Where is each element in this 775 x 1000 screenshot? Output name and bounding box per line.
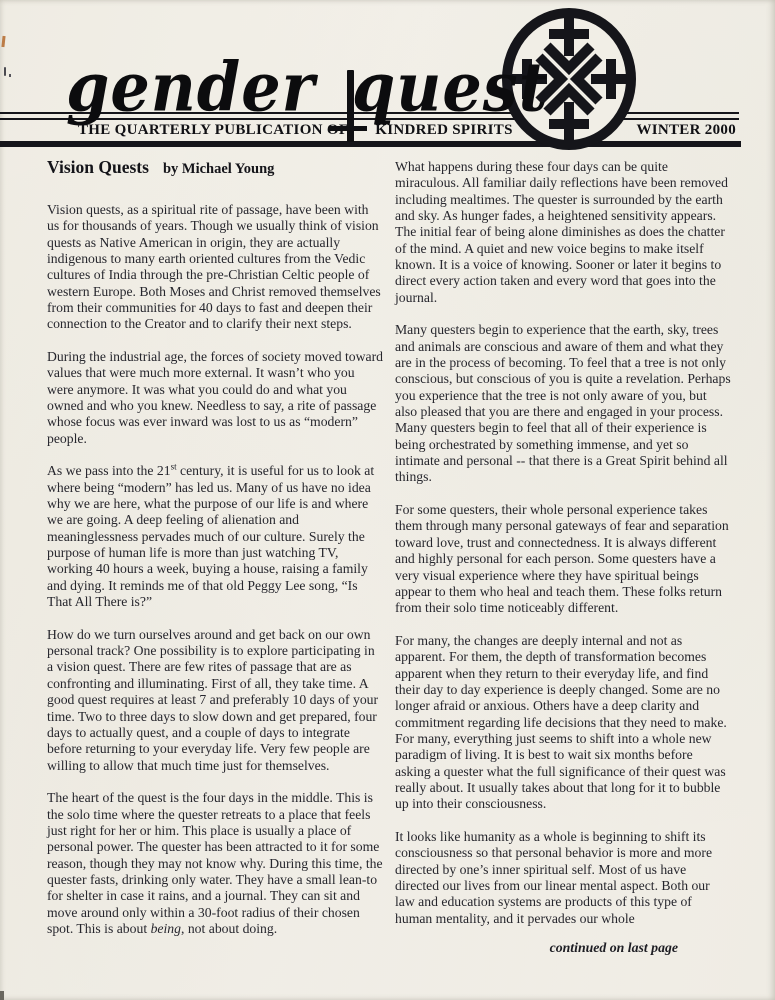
paragraph: For some questers, their whole personal … [395, 502, 731, 616]
paragraph: It looks like humanity as a whole is beg… [395, 829, 731, 927]
column-1-paragraphs: Vision quests, as a spiritual rite of pa… [47, 202, 383, 937]
article-body: Vision Questsby Michael Young Vision que… [47, 155, 731, 956]
paragraph: How do we turn ourselves around and get … [47, 627, 383, 774]
issue-date: WINTER 2000 [636, 122, 736, 139]
scan-artifact-speck [9, 74, 11, 77]
paragraph: The heart of the quest is the four days … [47, 790, 383, 937]
paragraph: What happens during these four days can … [395, 159, 731, 306]
title-q-descender [347, 70, 354, 142]
scan-artifact-speck [4, 67, 6, 76]
newsletter-title: gender quest [66, 48, 548, 127]
publication-line-text: THE QUARTERLY PUBLICATION OF [78, 122, 348, 139]
article-column-2: What happens during these four days can … [395, 155, 731, 956]
article-title: Vision Quests [47, 157, 149, 177]
paragraph: Vision quests, as a spiritual rite of pa… [47, 202, 383, 333]
article-column-1: Vision Questsby Michael Young Vision que… [47, 155, 383, 956]
paragraph: Many questers begin to experience that t… [395, 322, 731, 485]
article-byline: by Michael Young [163, 161, 274, 177]
scan-artifact-corner [0, 991, 4, 1000]
title-q-descender-crossbar [330, 126, 367, 131]
paragraph: For many, the changes are deeply interna… [395, 633, 731, 813]
paragraph: During the industrial age, the forces of… [47, 349, 383, 447]
continued-note: continued on last page [395, 940, 731, 956]
organization-name: KINDRED SPIRITS [375, 122, 512, 139]
paragraph: As we pass into the 21st century, it is … [47, 463, 383, 610]
article-heading: Vision Questsby Michael Young [47, 157, 383, 178]
newsletter-page: gender quest [0, 0, 775, 1000]
column-2-paragraphs: What happens during these four days can … [395, 159, 731, 927]
scan-artifact-mark [1, 36, 5, 47]
publication-line: THE QUARTERLY PUBLICATION OF KINDRED SPI… [0, 122, 739, 139]
